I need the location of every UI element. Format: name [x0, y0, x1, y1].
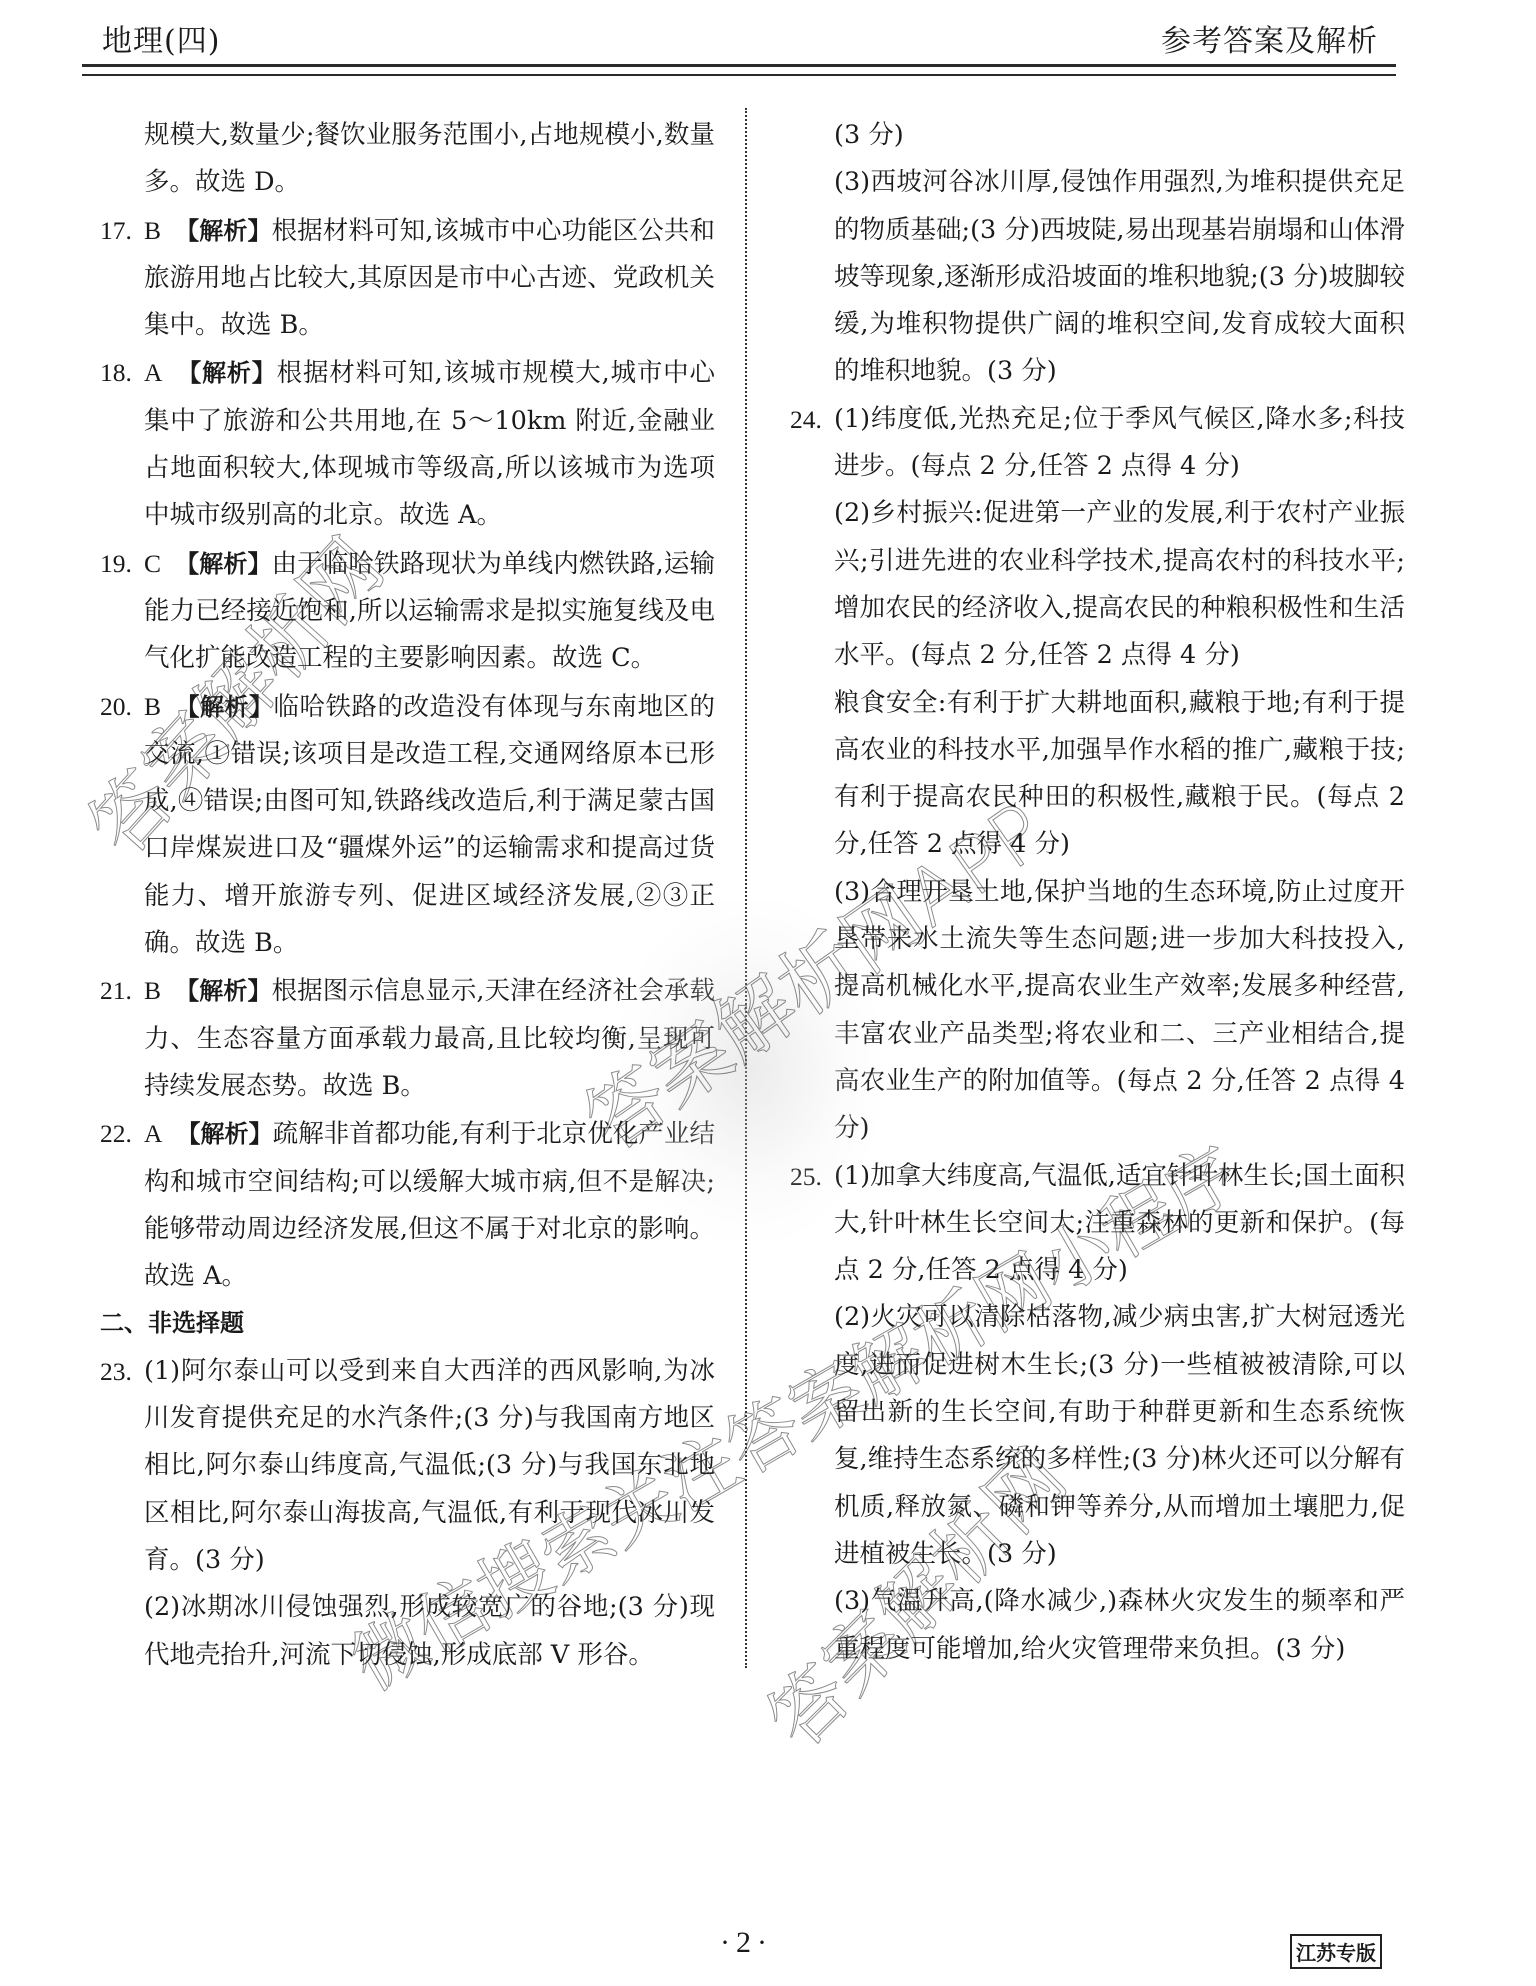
answer-item-24-part-3: (3)合理开垦土地,保护当地的生态环境,防止过度开垦带来水土流失等生态问题;进一…: [790, 869, 1405, 1153]
answer-text: (1)加拿大纬度高,气温低,适宜针叶林生长;国土面积大,针叶林生长空间大;注重森…: [834, 1161, 1405, 1286]
answer-item-25-part-1: 25.(1)加拿大纬度高,气温低,适宜针叶林生长;国土面积大,针叶林生长空间大;…: [790, 1153, 1405, 1295]
header-double-rule: [82, 64, 1396, 76]
analysis-tag: 【解析】: [176, 359, 276, 387]
subject-title: 地理(四): [102, 16, 220, 60]
question-number: 23.: [100, 1348, 144, 1395]
question-number: 22.: [100, 1110, 144, 1157]
answer-item-23-part-3: (3)西坡河谷冰川厚,侵蚀作用强烈,为堆积提供充足的物质基础;(3 分)西坡陡,…: [790, 159, 1405, 395]
answer-item-23-part-1: 23.(1)阿尔泰山可以受到来自大西洋的西风影响,为冰川发育提供充足的水汽条件;…: [100, 1348, 715, 1584]
document-title: 参考答案及解析: [1161, 16, 1378, 60]
answer-item-22: 22.A【解析】疏解非首都功能,有利于北京优化产业结构和城市空间结构;可以缓解大…: [100, 1110, 715, 1300]
answer-text: (2)冰期冰川侵蚀强烈,形成较宽广的谷地;(3 分)现代地壳抬升,河流下切侵蚀,…: [144, 1592, 715, 1669]
column-divider: [745, 108, 747, 1668]
answer-letter: B: [144, 216, 161, 245]
edition-badge: 江苏专版: [1290, 1934, 1382, 1969]
answer-item-24-part-2: (2)乡村振兴:促进第一产业的发展,利于农村产业振兴;引进先进的农业科学技术,提…: [790, 490, 1405, 679]
analysis-tag: 【解析】: [175, 550, 272, 578]
analysis-tag: 【解析】: [175, 977, 272, 1005]
answer-item-18: 18.A【解析】根据材料可知,该城市规模大,城市中心集中了旅游和公共用地,在 5…: [100, 349, 715, 539]
answer-item-25-part-3: (3)气温升高,(降水减少,)森林火灾发生的频率和严重程度可能增加,给火灾管理带…: [790, 1578, 1405, 1673]
answer-item-17: 17.B【解析】根据材料可知,该城市中心功能区公共和旅游用地占比较大,其原因是市…: [100, 207, 715, 350]
right-column: (3 分) (3)西坡河谷冰川厚,侵蚀作用强烈,为堆积提供充足的物质基础;(3 …: [790, 112, 1405, 1673]
answer-text: (1)纬度低,光热充足;位于季风气候区,降水多;科技进步。(每点 2 分,任答 …: [834, 404, 1405, 481]
left-column: 规模大,数量少;餐饮业服务范围小,占地规模小,数量多。故选 D。 17.B【解析…: [100, 112, 715, 1679]
answer-item-24-part-2b: 粮食安全:有利于扩大耕地面积,藏粮于地;有利于提高农业的科技水平,加强旱作水稻的…: [790, 680, 1405, 869]
question-number: 17.: [100, 207, 144, 254]
answer-text: (1)阿尔泰山可以受到来自大西洋的西风影响,为冰川发育提供充足的水汽条件;(3 …: [144, 1356, 715, 1575]
answer-item-20: 20.B【解析】临哈铁路的改造没有体现与东南地区的交流,①错误;该项目是改造工程…: [100, 683, 715, 968]
answer-letter: B: [144, 976, 161, 1005]
answer-item-23-part-2: (2)冰期冰川侵蚀强烈,形成较宽广的谷地;(3 分)现代地壳抬升,河流下切侵蚀,…: [100, 1584, 715, 1679]
question-number: 24.: [790, 396, 834, 443]
analysis-tag: 【解析】: [176, 1120, 272, 1148]
answer-letter: A: [144, 1119, 162, 1148]
analysis-text: 临哈铁路的改造没有体现与东南地区的交流,①错误;该项目是改造工程,交通网络原本已…: [144, 692, 715, 958]
question-number: 19.: [100, 540, 144, 587]
answer-item-21: 21.B【解析】根据图示信息显示,天津在经济社会承载力、生态容量方面承载力最高,…: [100, 967, 715, 1110]
answer-item-23-part-2-cont: (3 分): [790, 112, 1405, 159]
analysis-tag: 【解析】: [175, 217, 272, 245]
answer-item-25-part-2: (2)火灾可以清除枯落物,减少病虫害,扩大树冠透光度,进而促进树木生长;(3 分…: [790, 1294, 1405, 1578]
answer-letter: A: [144, 358, 162, 387]
answer-letter: C: [144, 549, 161, 578]
answer-letter: B: [144, 692, 161, 721]
question-number: 18.: [100, 349, 144, 396]
answer-item-19: 19.C【解析】由于临哈铁路现状为单线内燃铁路,运输能力已经接近饱和,所以运输需…: [100, 540, 715, 683]
analysis-tag: 【解析】: [175, 693, 274, 721]
question-number: 21.: [100, 967, 144, 1014]
question-number: 25.: [790, 1153, 834, 1200]
page-header: 地理(四) 参考答案及解析: [82, 0, 1396, 90]
section-title: 二、非选择题: [100, 1300, 715, 1347]
answer-item-24-part-1: 24.(1)纬度低,光热充足;位于季风气候区,降水多;科技进步。(每点 2 分,…: [790, 396, 1405, 491]
q16-continuation: 规模大,数量少;餐饮业服务范围小,占地规模小,数量多。故选 D。: [100, 112, 715, 207]
page-number: ·2·: [720, 1926, 773, 1960]
question-number: 20.: [100, 683, 144, 730]
